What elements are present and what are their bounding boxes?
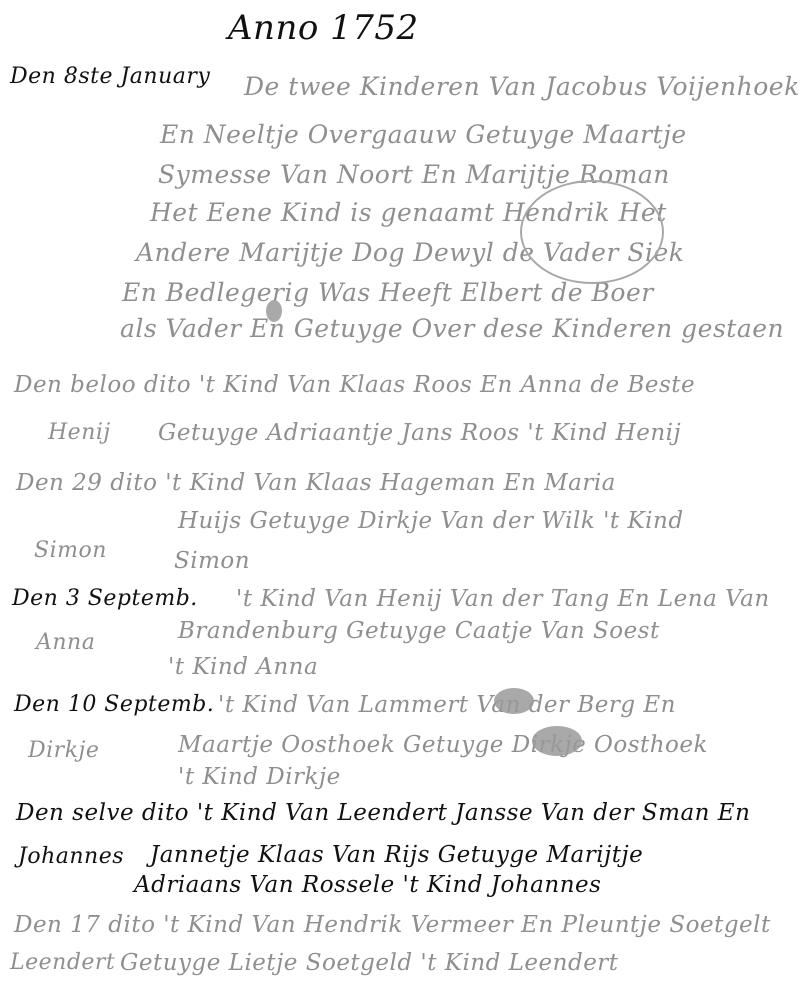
margin-name: Anna <box>36 630 95 655</box>
entry-date: Den 8ste January <box>10 64 210 89</box>
entry-date: Den 10 Septemb. <box>14 692 214 717</box>
entry-line: De twee Kinderen Van Jacobus Voijenhoek <box>244 72 800 101</box>
entry-line: Den 17 dito 't Kind Van Hendrik Vermeer … <box>14 912 771 938</box>
entry-line: Den beloo dito 't Kind Van Klaas Roos En… <box>14 372 695 398</box>
entry-line: Huijs Getuyge Dirkje Van der Wilk 't Kin… <box>178 508 684 534</box>
entry-line: Adriaans Van Rossele 't Kind Johannes <box>134 872 601 898</box>
register-page: Anno 1752 Den 8ste January De twee Kinde… <box>0 0 800 1000</box>
entry-line: Brandenburg Getuyge Caatje Van Soest <box>178 618 660 644</box>
entry-line: Jannetje Klaas Van Rijs Getuyge Marijtje <box>150 842 643 868</box>
entry-line: En Neeltje Overgaauw Getuyge Maartje <box>160 120 687 149</box>
entry-line: als Vader En Getuyge Over dese Kinderen … <box>120 314 784 343</box>
entry-date: Den 3 Septemb. <box>12 586 198 611</box>
ink-blot <box>266 300 282 322</box>
margin-name: Leendert <box>10 950 115 975</box>
entry-line: Den 29 dito 't Kind Van Klaas Hageman En… <box>16 470 616 496</box>
margin-name: Dirkje <box>28 738 99 763</box>
margin-name: Simon <box>34 538 107 563</box>
entry-line: Getuyge Adriaantje Jans Roos 't Kind Hen… <box>158 420 681 446</box>
ink-flourish <box>520 180 664 284</box>
margin-name: Henij <box>48 420 111 445</box>
entry-line: Den selve dito 't Kind Van Leendert Jans… <box>16 800 750 826</box>
entry-line: 't Kind Anna <box>168 654 318 680</box>
ink-blot <box>532 726 582 756</box>
entry-line: Getuyge Lietje Soetgeld 't Kind Leendert <box>120 950 619 976</box>
entry-line: 't Kind Dirkje <box>178 764 341 790</box>
ink-blot <box>494 688 534 714</box>
entry-line: 't Kind Van Lammert Van der Berg En <box>218 692 676 718</box>
year-heading: Anno 1752 <box>228 8 419 48</box>
margin-name: Johannes <box>18 844 124 869</box>
entry-line: 't Kind Van Henij Van der Tang En Lena V… <box>236 586 770 612</box>
entry-line: Simon <box>174 548 250 574</box>
entry-line: Maartje Oosthoek Getuyge Dirkje Oosthoek <box>178 732 708 758</box>
